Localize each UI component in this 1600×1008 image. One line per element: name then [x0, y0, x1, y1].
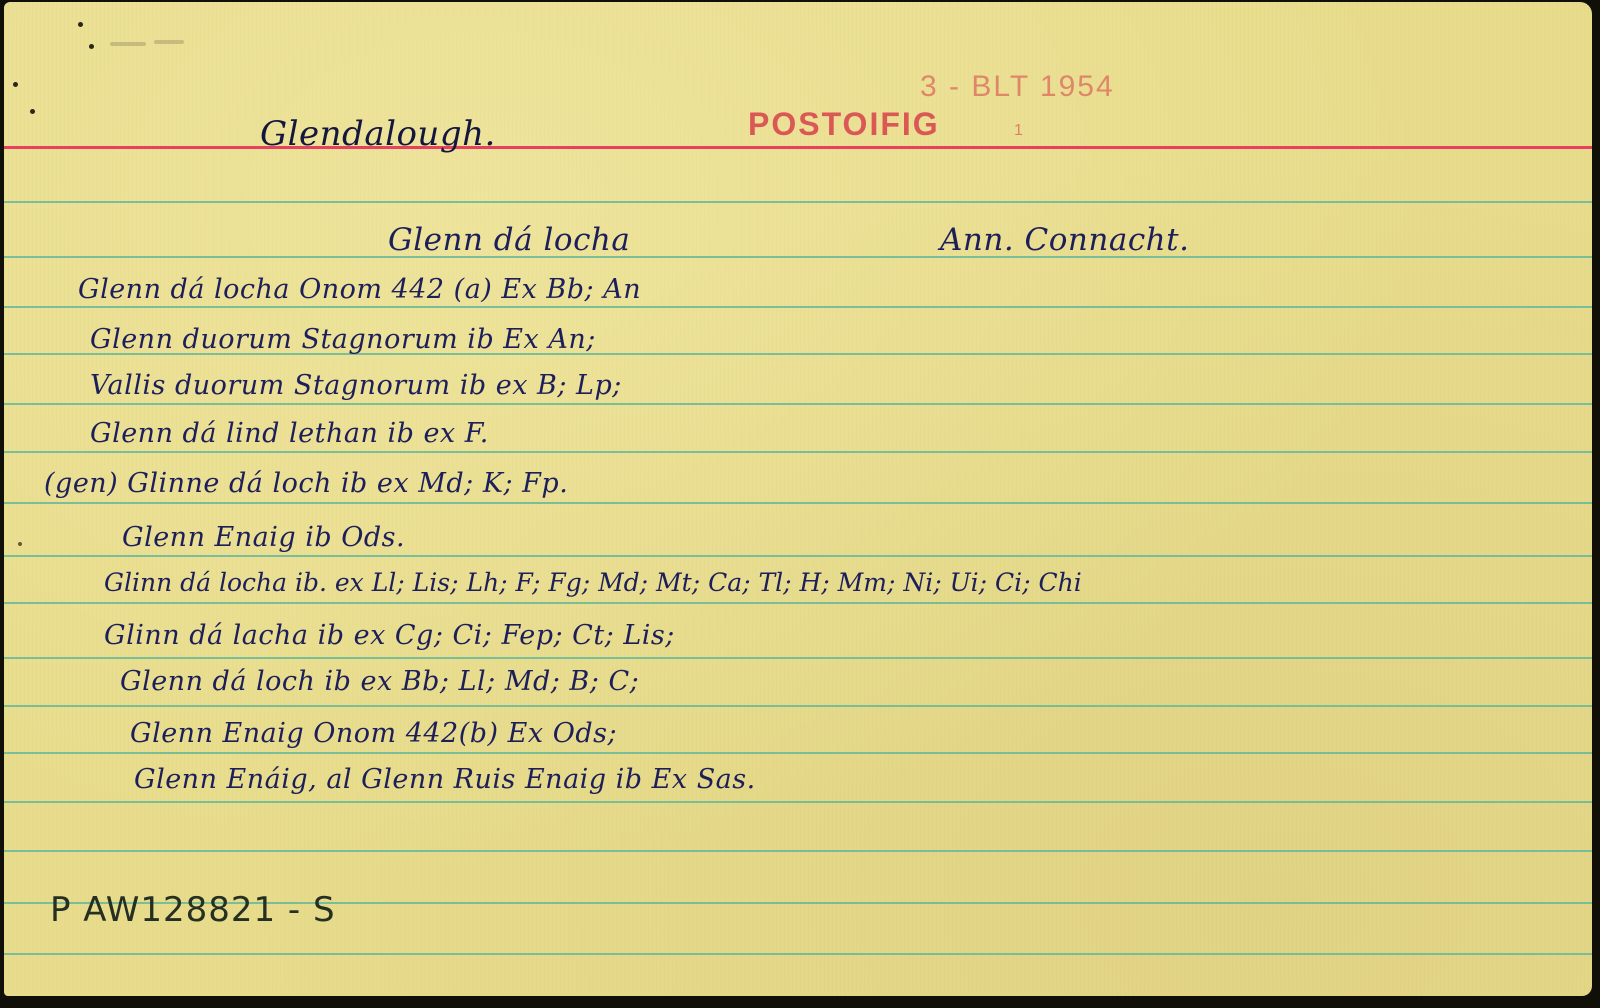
ruled-line: [4, 602, 1592, 604]
ruled-line: [4, 705, 1592, 707]
stamp-postoifig: POSTOIFIG: [748, 106, 940, 143]
ruled-line: [4, 850, 1592, 852]
ruled-line: [4, 256, 1592, 258]
entry-line: Glenn dá locha Onom 442 (a) Ex Bb; An: [78, 274, 641, 305]
smudge: [110, 42, 146, 46]
entry-line: Glenn dá loch ib ex Bb; Ll; Md; B; C;: [120, 666, 639, 697]
ruled-line: [4, 403, 1592, 405]
entry-line: (gen) Glinne dá loch ib ex Md; K; Fp.: [44, 468, 568, 499]
ruled-line: [4, 801, 1592, 803]
entry-line: Glenn duorum Stagnorum ib Ex An;: [90, 324, 596, 355]
ruled-line: [4, 555, 1592, 557]
ink-speck: [30, 109, 35, 114]
smudge: [154, 40, 184, 44]
ruled-line: [4, 657, 1592, 659]
ink-speck: [78, 22, 83, 27]
red-header-rule: [4, 146, 1592, 149]
entry-line: Vallis duorum Stagnorum ib ex B; Lp;: [90, 370, 622, 401]
ink-speck: [13, 82, 18, 87]
ruled-line: [4, 451, 1592, 453]
ruled-line: [4, 201, 1592, 203]
catalog-number: P AW128821 - S: [50, 890, 336, 930]
card-heading: Glendalough.: [260, 114, 496, 154]
ink-speck: [89, 44, 94, 49]
entry-line: Glinn dá lacha ib ex Cg; Ci; Fep; Ct; Li…: [104, 620, 675, 651]
entry-line: Glenn Enáig, al Glenn Ruis Enaig ib Ex S…: [134, 764, 756, 795]
index-card: Glendalough. 3 - BLT 1954 POSTOIFIG 1 Gl…: [4, 2, 1592, 996]
stamp-mark: 1: [1014, 122, 1025, 140]
subheading-source: Ann. Connacht.: [940, 222, 1189, 258]
ruled-line: [4, 752, 1592, 754]
ruled-line: [4, 306, 1592, 308]
subheading-name: Glenn dá locha: [388, 222, 630, 258]
ruled-line: [4, 502, 1592, 504]
entry-line: Glenn Enaig ib Ods.: [122, 522, 405, 553]
ruled-line: [4, 953, 1592, 955]
entry-line: Glinn dá locha ib. ex Ll; Lis; Lh; F; Fg…: [104, 568, 1082, 597]
stamp-date: 3 - BLT 1954: [920, 70, 1115, 104]
entry-line: Glenn Enaig Onom 442(b) Ex Ods;: [130, 718, 617, 749]
entry-line: Glenn dá lind lethan ib ex F.: [90, 418, 489, 449]
ink-speck: [18, 542, 22, 546]
